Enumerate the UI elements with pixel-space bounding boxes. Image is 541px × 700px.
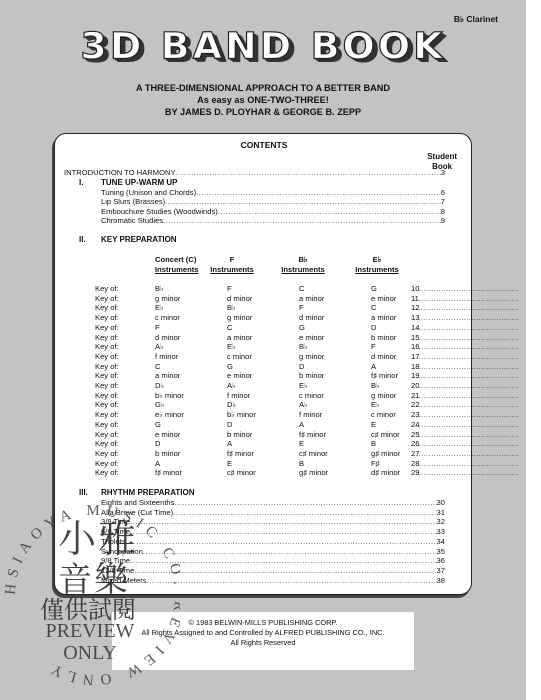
f-instrument-key: D♭	[227, 400, 236, 410]
column-header-key: F	[202, 255, 262, 265]
concert-key: b♭ minor	[155, 391, 184, 401]
section-heading-tune-up: I.TUNE UP-WARM UP	[79, 178, 177, 187]
toc-page-number: 12	[411, 303, 419, 313]
toc-entry[interactable]: Triplets34	[101, 537, 445, 547]
leader-dots	[130, 556, 436, 566]
eb-instrument-key: d minor	[371, 352, 396, 362]
column-header-instruments: Instruments	[273, 265, 333, 275]
instrument-edition-label: B♭ Clarinet	[454, 14, 498, 25]
concert-key: E♭	[155, 303, 164, 313]
concert-key: f♯ minor	[155, 468, 182, 478]
eb-instrument-key: F♯	[371, 459, 379, 469]
row-label: Key of:	[95, 333, 119, 343]
leader-dots	[411, 420, 519, 430]
toc-entry[interactable]: Chromatic Studies9	[101, 216, 445, 226]
key-table-row[interactable]: Key of:E♭B♭FC12	[95, 303, 455, 313]
toc-entry[interactable]: 6/8 Time33	[101, 527, 445, 537]
toc-entry-label: Triplets	[101, 537, 126, 547]
row-label: Key of:	[95, 323, 119, 333]
column-header-line: Student	[427, 152, 457, 162]
f-instrument-key: g minor	[227, 313, 252, 323]
leader-dots	[130, 517, 436, 527]
concert-key: e minor	[155, 430, 180, 440]
subtitle-line: As easy as ONE-TWO-THREE!	[0, 94, 526, 106]
row-label: Key of:	[95, 342, 119, 352]
column-header-instruments: Instruments	[347, 265, 407, 275]
f-instrument-key: f minor	[227, 391, 250, 401]
section-title: TUNE UP-WARM UP	[101, 178, 177, 187]
book-subtitle: A THREE-DIMENSIONAL APPROACH TO A BETTER…	[0, 82, 526, 118]
bb-instrument-key: A	[299, 420, 304, 430]
leader-dots	[411, 430, 519, 440]
toc-page-number: 8	[441, 207, 445, 217]
toc-page-number: 19	[411, 371, 419, 381]
toc-entry[interactable]: 12/8 Time37	[101, 566, 445, 576]
leader-dots	[411, 439, 519, 449]
book-title: 3D BAND BOOK	[0, 25, 526, 67]
toc-entry-label: 6/8 Time	[101, 527, 130, 537]
key-table-row[interactable]: Key of:e minorb minorf♯ minorc♯ minor25	[95, 430, 455, 440]
f-instrument-key: E	[227, 459, 232, 469]
toc-entry[interactable]: Mixed Meters38	[101, 576, 445, 586]
key-table-row[interactable]: Key of:b♭ minorf minorc minorg minor21	[95, 391, 455, 401]
eb-instrument-key: g minor	[371, 391, 396, 401]
bb-instrument-key: F	[299, 303, 304, 313]
row-label: Key of:	[95, 430, 119, 440]
key-table-row[interactable]: Key of:b minorf♯ minorc♯ minorg♯ minor27	[95, 449, 455, 459]
toc-page-number: 15	[411, 333, 419, 343]
copyright-line: All Rights Reserved	[112, 638, 414, 648]
toc-entry-label: 3/8 Time	[101, 517, 130, 527]
toc-page-number: 26	[411, 439, 419, 449]
bb-instrument-key: E♭	[299, 381, 308, 391]
toc-page-number: 29	[411, 468, 419, 478]
toc-entry-label: 9/8 Time	[101, 556, 130, 566]
key-table-row[interactable]: Key of:CGDA18	[95, 362, 455, 372]
toc-entry-label: Eights and Sixteenths	[101, 498, 174, 508]
leader-dots	[411, 303, 519, 313]
eb-instrument-key: A	[371, 362, 376, 372]
leader-dots	[411, 391, 519, 401]
bb-instrument-key: f minor	[299, 410, 322, 420]
leader-dots	[411, 449, 519, 459]
leader-dots	[411, 371, 519, 381]
toc-page-number: 32	[437, 517, 445, 527]
section-heading-rhythm-preparation: III.RHYTHM PREPARATION	[79, 488, 194, 497]
leader-dots	[411, 342, 519, 352]
copyright-notice: © 1983 BELWIN-MILLS PUBLISHING CORP. All…	[112, 612, 414, 670]
toc-entry[interactable]: Tuning (Unison and Chords)6	[101, 188, 445, 198]
row-label: Key of:	[95, 313, 119, 323]
key-table-row[interactable]: Key of:G♭D♭A♭E♭22	[95, 400, 455, 410]
toc-page-number: 14	[411, 323, 419, 333]
concert-key: e♭ minor	[155, 410, 184, 420]
bb-instrument-key: g♯ minor	[299, 468, 328, 478]
bb-instrument-key: g minor	[299, 352, 324, 362]
toc-entry-label: Mixed Meters	[101, 576, 147, 586]
eb-instrument-key: E♭	[371, 400, 380, 410]
leader-dots	[411, 400, 519, 410]
leader-dots	[411, 381, 519, 391]
f-instrument-key: a minor	[227, 333, 252, 343]
row-label: Key of:	[95, 391, 119, 401]
bb-instrument-key: c minor	[299, 391, 324, 401]
concert-key: C	[155, 362, 160, 372]
column-header-f: F Instruments	[202, 255, 262, 275]
toc-page-number: 22	[411, 400, 419, 410]
toc-page-number: 21	[411, 391, 419, 401]
f-instrument-key: c minor	[227, 352, 252, 362]
f-instrument-key: e minor	[227, 371, 252, 381]
key-table-row[interactable]: Key of:AEBF♯28	[95, 459, 455, 469]
bb-instrument-key: d minor	[299, 313, 324, 323]
concert-key: D	[155, 439, 160, 449]
toc-entry-label: Lip Slurs (Brasses)	[101, 197, 165, 207]
key-table-row[interactable]: Key of:a minore minorb minorf♯ minor19	[95, 371, 455, 381]
bb-instrument-key: b minor	[299, 371, 324, 381]
column-header-key: Concert (C)	[155, 255, 198, 265]
toc-page-number: 3	[441, 168, 445, 178]
section-title: RHYTHM PREPARATION	[101, 488, 194, 497]
leader-dots	[163, 216, 441, 226]
leader-dots	[165, 197, 441, 207]
bb-instrument-key: B♭	[299, 342, 308, 352]
concert-key: f minor	[155, 352, 178, 362]
concert-key: G♭	[155, 400, 165, 410]
key-table-row[interactable]: Key of:DAEB26	[95, 439, 455, 449]
bb-instrument-key: B	[299, 459, 304, 469]
leader-dots	[130, 527, 436, 537]
toc-entry-label: Chromatic Studies	[101, 216, 163, 226]
leader-dots	[411, 362, 519, 372]
key-table-row[interactable]: Key of:A♭E♭B♭F16	[95, 342, 455, 352]
leader-dots	[411, 333, 519, 343]
row-label: Key of:	[95, 362, 119, 372]
sheet-music-cover-page: B♭ Clarinet 3D BAND BOOK A THREE-DIMENSI…	[0, 0, 526, 700]
toc-entry-label: INTRODUCTION TO HARMONY	[64, 168, 176, 178]
toc-page-number: 7	[441, 197, 445, 207]
column-header-instruments: Instruments	[202, 265, 262, 275]
toc-page-number: 34	[437, 537, 445, 547]
concert-key: A♭	[155, 342, 164, 352]
toc-page-number: 37	[437, 566, 445, 576]
bb-instrument-key: c♯ minor	[299, 449, 328, 459]
toc-entry-intro[interactable]: INTRODUCTION TO HARMONY 3	[64, 168, 445, 178]
row-label: Key of:	[95, 400, 119, 410]
f-instrument-key: c♯ minor	[227, 468, 256, 478]
row-label: Key of:	[95, 410, 119, 420]
leader-dots	[173, 508, 436, 518]
toc-entry-label: Tuning (Unison and Chords)	[101, 188, 196, 198]
key-table-row[interactable]: Key of:GDAE24	[95, 420, 455, 430]
eb-instrument-key: a minor	[371, 313, 396, 323]
toc-entry-label: Alla Breve (Cut Time)	[101, 508, 173, 518]
f-instrument-key: b♭ minor	[227, 410, 256, 420]
toc-page-number: 16	[411, 342, 419, 352]
row-label: Key of:	[95, 459, 119, 469]
toc-entry[interactable]: Alla Breve (Cut Time)31	[101, 508, 445, 518]
contents-box: CONTENTS Student Book INTRODUCTION TO HA…	[54, 133, 472, 595]
toc-page-number: 28	[411, 459, 419, 469]
key-table-row[interactable]: Key of:d minora minore minorb minor15	[95, 333, 455, 343]
f-instrument-key: f♯ minor	[227, 449, 254, 459]
leader-dots	[411, 323, 519, 333]
bb-instrument-key: f♯ minor	[299, 430, 326, 440]
toc-page-number: 20	[411, 381, 419, 391]
key-table-row[interactable]: Key of:f♯ minorc♯ minorg♯ minord♯ minor2…	[95, 468, 455, 478]
key-table-row[interactable]: Key of:g minord minora minore minor11	[95, 294, 455, 304]
section-numeral: I.	[79, 178, 101, 187]
toc-page-number: 23	[411, 410, 419, 420]
key-table-row[interactable]: Key of:D♭A♭E♭B♭20	[95, 381, 455, 391]
concert-key: G	[155, 420, 161, 430]
key-table-row[interactable]: Key of:e♭ minorb♭ minorf minorc minor23	[95, 410, 455, 420]
leader-dots	[176, 168, 441, 178]
section-numeral: III.	[79, 488, 101, 497]
toc-page-number: 6	[441, 188, 445, 198]
column-header-eb: E♭ Instruments	[347, 255, 407, 275]
concert-key: a minor	[155, 371, 180, 381]
eb-instrument-key: d♯ minor	[371, 468, 400, 478]
leader-dots	[196, 188, 441, 198]
eb-instrument-key: F	[371, 342, 376, 352]
leader-dots	[411, 294, 519, 304]
f-instrument-key: A♭	[227, 381, 236, 391]
key-table-row[interactable]: Key of:f minorc minorg minord minor17	[95, 352, 455, 362]
toc-entry-label: Embouchure Studies (Woodwinds)	[101, 207, 218, 217]
eb-instrument-key: c♯ minor	[371, 430, 400, 440]
concert-key: F	[155, 323, 160, 333]
key-table-row[interactable]: Key of:FCGD14	[95, 323, 455, 333]
key-table-row[interactable]: Key of:c minorg minord minora minor13	[95, 313, 455, 323]
f-instrument-key: F	[227, 284, 232, 294]
concert-key: c minor	[155, 313, 180, 323]
eb-instrument-key: E	[371, 420, 376, 430]
key-table-row[interactable]: Key of:B♭FCG10	[95, 284, 455, 294]
toc-entry[interactable]: Lip Slurs (Brasses)7	[101, 197, 445, 207]
bb-instrument-key: a minor	[299, 294, 324, 304]
column-header-concert: Concert (C) Instruments	[155, 255, 198, 275]
leader-dots	[143, 547, 437, 557]
toc-page-number: 38	[437, 576, 445, 586]
row-label: Key of:	[95, 439, 119, 449]
toc-page-number: 30	[437, 498, 445, 508]
section-title: KEY PREPARATION	[101, 235, 177, 244]
column-header-key: E♭	[347, 255, 407, 265]
toc-page-number: 36	[437, 556, 445, 566]
column-header-instruments: Instruments	[155, 265, 198, 275]
bb-instrument-key: A♭	[299, 400, 308, 410]
toc-page-number: 24	[411, 420, 419, 430]
leader-dots	[411, 313, 519, 323]
toc-entry-label: Syncopation	[101, 547, 143, 557]
bb-instrument-key: E	[299, 439, 304, 449]
leader-dots	[411, 352, 519, 362]
row-label: Key of:	[95, 352, 119, 362]
eb-instrument-key: C	[371, 303, 376, 313]
concert-key: D♭	[155, 381, 164, 391]
concert-key: b minor	[155, 449, 180, 459]
eb-instrument-key: D	[371, 323, 376, 333]
leader-dots	[411, 410, 519, 420]
toc-page-number: 11	[411, 294, 419, 304]
bb-instrument-key: C	[299, 284, 304, 294]
leader-dots	[174, 498, 436, 508]
toc-entry[interactable]: 3/8 Time32	[101, 517, 445, 527]
toc-entry-label: 12/8 Time	[101, 566, 134, 576]
toc-entry[interactable]: 9/8 Time36	[101, 556, 445, 566]
eb-instrument-key: b minor	[371, 333, 396, 343]
f-instrument-key: B♭	[227, 303, 236, 313]
f-instrument-key: C	[227, 323, 232, 333]
leader-dots	[147, 576, 437, 586]
leader-dots	[411, 468, 519, 478]
f-instrument-key: E♭	[227, 342, 236, 352]
toc-page-number: 17	[411, 352, 419, 362]
toc-entry[interactable]: Syncopation35	[101, 547, 445, 557]
toc-page-number: 9	[441, 216, 445, 226]
f-instrument-key: D	[227, 420, 232, 430]
copyright-line: © 1983 BELWIN-MILLS PUBLISHING CORP.	[112, 618, 414, 628]
leader-dots	[411, 459, 519, 469]
eb-instrument-key: B	[371, 439, 376, 449]
section-numeral: II.	[79, 235, 101, 244]
toc-entry[interactable]: Embouchure Studies (Woodwinds)8	[101, 207, 445, 217]
toc-page-number: 27	[411, 449, 419, 459]
column-header-bb: B♭ Instruments	[273, 255, 333, 275]
f-instrument-key: A	[227, 439, 232, 449]
eb-instrument-key: c minor	[371, 410, 396, 420]
authors-line: BY JAMES D. PLOYHAR & GEORGE B. ZEPP	[0, 106, 526, 118]
f-instrument-key: G	[227, 362, 233, 372]
leader-dots	[126, 537, 437, 547]
toc-page-number: 31	[437, 508, 445, 518]
f-instrument-key: d minor	[227, 294, 252, 304]
column-header-key: B♭	[273, 255, 333, 265]
row-label: Key of:	[95, 284, 119, 294]
subtitle-line: A THREE-DIMENSIONAL APPROACH TO A BETTER…	[0, 82, 526, 94]
bb-instrument-key: D	[299, 362, 304, 372]
leader-dots	[218, 207, 441, 217]
toc-page-number: 25	[411, 430, 419, 440]
concert-key: d minor	[155, 333, 180, 343]
toc-entry[interactable]: Eights and Sixteenths30	[101, 498, 445, 508]
row-label: Key of:	[95, 381, 119, 391]
toc-page-number: 10	[411, 284, 419, 294]
toc-page-number: 13	[411, 313, 419, 323]
eb-instrument-key: f♯ minor	[371, 371, 398, 381]
row-label: Key of:	[95, 468, 119, 478]
row-label: Key of:	[95, 294, 119, 304]
row-label: Key of:	[95, 449, 119, 459]
leader-dots	[411, 284, 519, 294]
toc-page-number: 35	[437, 547, 445, 557]
toc-page-number: 18	[411, 362, 419, 372]
eb-instrument-key: g♯ minor	[371, 449, 400, 459]
row-label: Key of:	[95, 420, 119, 430]
leader-dots	[134, 566, 436, 576]
concert-key: B♭	[155, 284, 164, 294]
contents-title: CONTENTS	[55, 140, 473, 150]
bb-instrument-key: G	[299, 323, 305, 333]
section-heading-key-preparation: II.KEY PREPARATION	[79, 235, 177, 244]
concert-key: g minor	[155, 294, 180, 304]
eb-instrument-key: G	[371, 284, 377, 294]
f-instrument-key: b minor	[227, 430, 252, 440]
copyright-line: All Rights Assigned to and Controlled by…	[112, 628, 414, 638]
row-label: Key of:	[95, 303, 119, 313]
bb-instrument-key: e minor	[299, 333, 324, 343]
toc-page-number: 33	[437, 527, 445, 537]
eb-instrument-key: e minor	[371, 294, 396, 304]
row-label: Key of:	[95, 371, 119, 381]
eb-instrument-key: B♭	[371, 381, 380, 391]
concert-key: A	[155, 459, 160, 469]
